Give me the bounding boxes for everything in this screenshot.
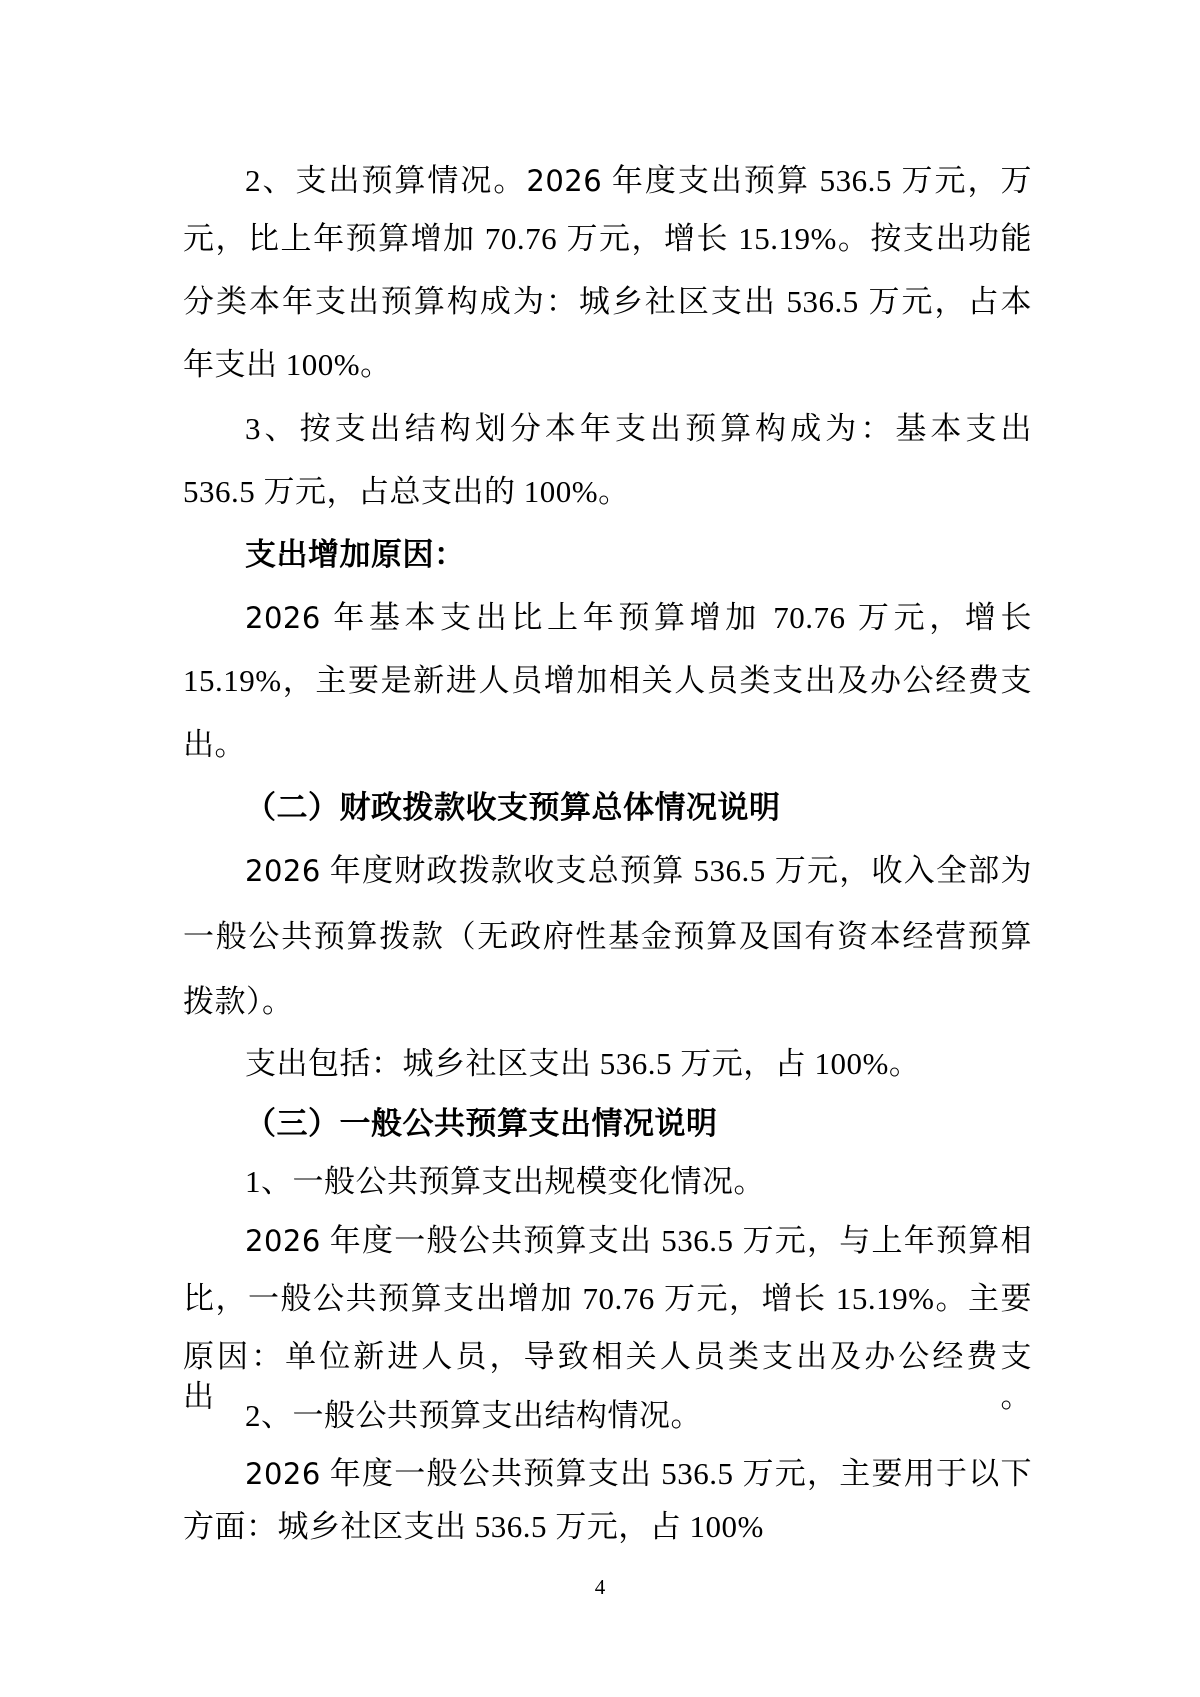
heading-line: 支出增加原因： bbox=[183, 535, 1032, 575]
text-line: 2026 年基本支出比上年预算增加 70.76 万元，增长 bbox=[183, 598, 1032, 638]
text-line: 2026 年度一般公共预算支出 536.5 万元，与上年预算相 bbox=[183, 1221, 1032, 1261]
heading-line: （二）财政拨款收支预算总体情况说明 bbox=[183, 788, 1032, 828]
document-page: 4 2、支出预算情况。2026 年度支出预算 536.5 万元，万元，比上年预算… bbox=[0, 0, 1200, 1697]
text-line: 2、支出预算情况。2026 年度支出预算 536.5 万元，万 bbox=[183, 161, 1032, 201]
text-line: 2026 年度一般公共预算支出 536.5 万元，主要用于以下 bbox=[183, 1454, 1032, 1494]
year-number: 2026 bbox=[245, 1224, 321, 1258]
text-line: 支出包括：城乡社区支出 536.5 万元，占 100%。 bbox=[183, 1044, 1032, 1084]
heading-line: （三）一般公共预算支出情况说明 bbox=[183, 1104, 1032, 1144]
text-line: 分类本年支出预算构成为：城乡社区支出 536.5 万元，占本 bbox=[183, 282, 1032, 322]
text-line: 出。 bbox=[183, 725, 1032, 765]
year-number: 2026 bbox=[245, 854, 321, 888]
text-line: 拨款）。 bbox=[183, 982, 1032, 1022]
text-line: 1、一般公共预算支出规模变化情况。 bbox=[183, 1162, 1032, 1202]
year-number: 2026 bbox=[526, 164, 602, 198]
text-line: 一般公共预算拨款（无政府性基金预算及国有资本经营预算 bbox=[183, 917, 1032, 957]
text-line: 2026 年度财政拨款收支总预算 536.5 万元，收入全部为 bbox=[183, 851, 1032, 891]
text-line: 元，比上年预算增加 70.76 万元，增长 15.19%。按支出功能 bbox=[183, 219, 1032, 259]
page-number: 4 bbox=[0, 1575, 1200, 1600]
text-line: 536.5 万元，占总支出的 100%。 bbox=[183, 472, 1032, 512]
year-number: 2026 bbox=[245, 1457, 321, 1491]
text-line: 比，一般公共预算支出增加 70.76 万元，增长 15.19%。主要 bbox=[183, 1279, 1032, 1319]
text-line: 方面：城乡社区支出 536.5 万元，占 100% bbox=[183, 1507, 1032, 1547]
year-number: 2026 bbox=[245, 601, 321, 635]
text-line: 2、一般公共预算支出结构情况。 bbox=[183, 1396, 1032, 1436]
text-line: 年支出 100%。 bbox=[183, 345, 1032, 385]
text-line: 3、按支出结构划分本年支出预算构成为：基本支出 bbox=[183, 409, 1032, 449]
text-line: 15.19%，主要是新进人员增加相关人员类支出及办公经费支 bbox=[183, 661, 1032, 701]
